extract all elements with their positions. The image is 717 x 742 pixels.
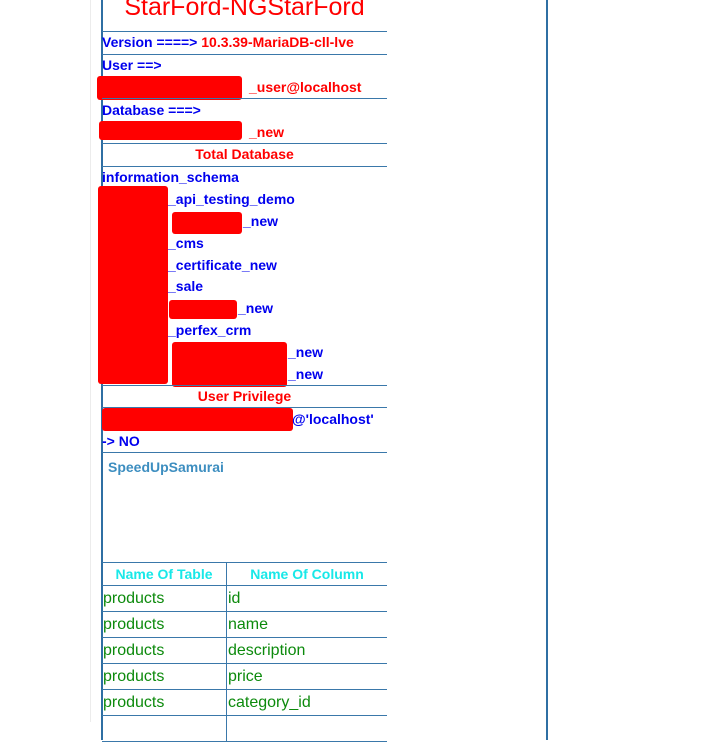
column-name-cell: id [227, 586, 388, 612]
page-edge-line [90, 0, 91, 722]
redaction-block [98, 186, 168, 384]
column-name-cell: description [227, 638, 388, 664]
column-header: Name Of Table [102, 563, 227, 586]
table-row: products description [102, 638, 387, 664]
table-row [102, 716, 387, 723]
version-label: Version ====> [102, 34, 197, 50]
database-list-item: _perfex_crm [168, 320, 387, 340]
database-label: Database ===> [102, 100, 387, 120]
column-name-cell: name [227, 612, 388, 638]
table-row: products category_id [102, 690, 387, 716]
table-name-cell: products [102, 690, 227, 716]
column-header: Name Of Column [227, 563, 388, 586]
database-list-item: information_schema [102, 167, 387, 187]
redaction-block [172, 212, 242, 234]
brand-label: SpeedUpSamurai [108, 457, 387, 477]
user-value: _user@localhost [249, 77, 389, 97]
database-list-item: _new [243, 211, 387, 231]
redaction-block [102, 408, 293, 431]
privilege-host: @'localhost' [292, 409, 392, 429]
database-list-item: _api_testing_demo [168, 189, 387, 209]
redaction-block [97, 76, 242, 100]
table-name-cell: products [102, 586, 227, 612]
database-list-item: _cms [168, 233, 387, 253]
table-row: products price [102, 664, 387, 690]
privilege-result: -> NO [102, 431, 387, 451]
table-name-cell: products [102, 664, 227, 690]
database-list-item: _new [238, 298, 387, 318]
table-header-row: Name Of Table Name Of Column [102, 563, 387, 586]
table-row: products name [102, 612, 387, 638]
columns-table: Name Of Table Name Of Column products id… [102, 562, 387, 722]
redaction-block [99, 121, 242, 140]
divider [102, 98, 387, 99]
database-list-item: _new [288, 342, 387, 362]
database-list-item: _certificate_new [168, 255, 387, 275]
version-value: 10.3.39-MariaDB-cll-lve [201, 34, 354, 50]
table-row: products id [102, 586, 387, 612]
divider [102, 452, 387, 453]
redaction-block [172, 342, 287, 387]
redaction-block [169, 300, 237, 319]
page-title: StarFord-NGStarFord [102, 0, 387, 22]
table-name-cell: products [102, 612, 227, 638]
database-list-item: _sale [168, 276, 387, 296]
user-label: User ==> [102, 55, 387, 75]
table-name-cell: products [102, 638, 227, 664]
database-value: _new [249, 122, 389, 142]
column-name-cell: price [227, 664, 388, 690]
total-database-heading: Total Database [102, 144, 387, 164]
version-row: Version ====> 10.3.39-MariaDB-cll-lve [102, 32, 387, 52]
database-list-item: _new [288, 364, 387, 384]
column-name-cell [227, 716, 388, 723]
table-name-cell [102, 716, 227, 723]
user-privilege-heading: User Privilege [102, 386, 387, 406]
column-name-cell: category_id [227, 690, 388, 716]
